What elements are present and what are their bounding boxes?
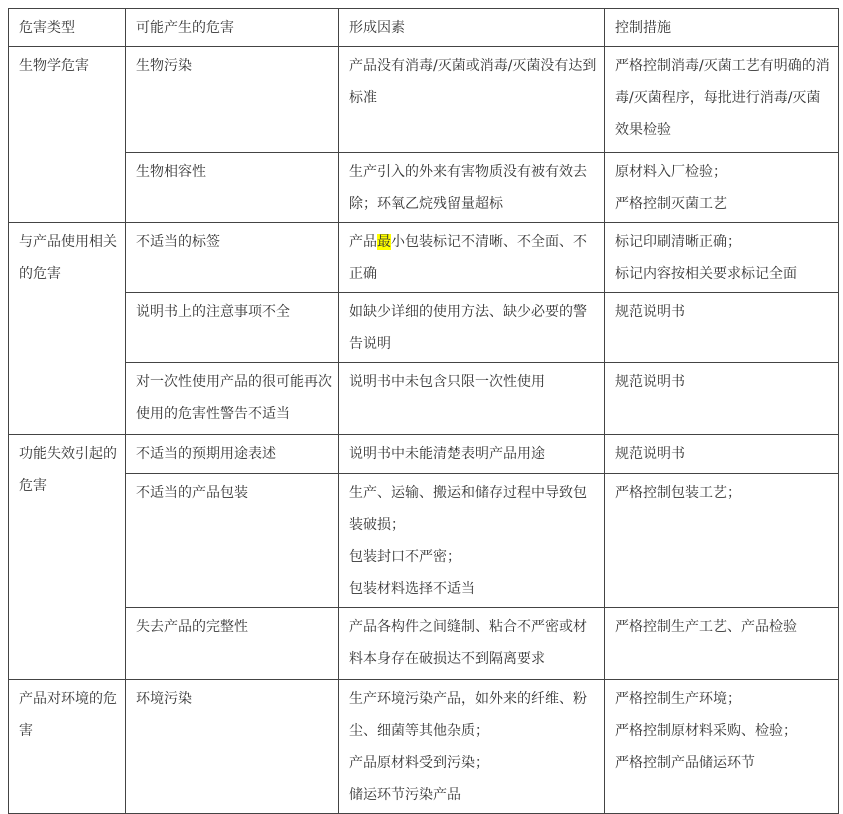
controls-cell: 标记印刷清晰正确； 标记内容按相关要求标记全面 xyxy=(605,223,839,293)
hazard-cell: 环境污染 xyxy=(126,680,339,814)
header-control-measures: 控制措施 xyxy=(605,9,839,47)
factors-cell: 说明书中未能清楚表明产品用途 xyxy=(339,435,605,474)
factors-cell: 生产引入的外来有害物质没有被有效去除；环氧乙烷残留量超标 xyxy=(339,153,605,223)
factors-cell: 说明书中未包含只限一次性使用 xyxy=(339,363,605,435)
document-page: 危害类型 可能产生的危害 形成因素 控制措施 生物学危害 生物污染 产品没有消毒… xyxy=(0,0,843,814)
hazard-cell: 生物相容性 xyxy=(126,153,339,223)
table-header-row: 危害类型 可能产生的危害 形成因素 控制措施 xyxy=(9,9,839,47)
hazard-analysis-table: 危害类型 可能产生的危害 形成因素 控制措施 生物学危害 生物污染 产品没有消毒… xyxy=(8,8,839,814)
header-forming-factors: 形成因素 xyxy=(339,9,605,47)
table-row: 不适当的产品包装 生产、运输、搬运和储存过程中导致包装破损； 包装封口不严密； … xyxy=(9,474,839,608)
table-row: 说明书上的注意事项不全 如缺少详细的使用方法、缺少必要的警告说明 规范说明书 xyxy=(9,293,839,363)
controls-cell: 规范说明书 xyxy=(605,363,839,435)
hazard-cell: 失去产品的完整性 xyxy=(126,608,339,680)
factors-text-before-highlight: 产品 xyxy=(349,234,377,250)
category-cell-environment-hazard: 产品对环境的危害 xyxy=(9,680,126,814)
factors-cell: 生产、运输、搬运和储存过程中导致包装破损； 包装封口不严密； 包装材料选择不适当 xyxy=(339,474,605,608)
table-row: 与产品使用相关的危害 不适当的标签 产品最小包装标记不清晰、不全面、不正确 标记… xyxy=(9,223,839,293)
table-row: 失去产品的完整性 产品各构件之间缝制、粘合不严密或材料本身存在破损达不到隔离要求… xyxy=(9,608,839,680)
controls-cell: 规范说明书 xyxy=(605,293,839,363)
table-row: 功能失效引起的危害 不适当的预期用途表述 说明书中未能清楚表明产品用途 规范说明… xyxy=(9,435,839,474)
factors-cell: 产品各构件之间缝制、粘合不严密或材料本身存在破损达不到隔离要求 xyxy=(339,608,605,680)
highlighted-character: 最 xyxy=(377,234,391,250)
category-cell-biological-hazard: 生物学危害 xyxy=(9,47,126,223)
hazard-cell: 不适当的产品包装 xyxy=(126,474,339,608)
category-cell-function-failure-hazard: 功能失效引起的危害 xyxy=(9,435,126,680)
table-row: 产品对环境的危害 环境污染 生产环境污染产品，如外来的纤维、粉尘、细菌等其他杂质… xyxy=(9,680,839,814)
table-row: 对一次性使用产品的很可能再次使用的危害性警告不适当 说明书中未包含只限一次性使用… xyxy=(9,363,839,435)
hazard-cell: 生物污染 xyxy=(126,47,339,153)
header-hazard-type: 危害类型 xyxy=(9,9,126,47)
hazard-cell: 说明书上的注意事项不全 xyxy=(126,293,339,363)
category-cell-product-use-hazard: 与产品使用相关的危害 xyxy=(9,223,126,435)
controls-cell: 严格控制生产环境； 严格控制原材料采购、检验； 严格控制产品储运环节 xyxy=(605,680,839,814)
controls-cell: 原材料入厂检验； 严格控制灭菌工艺 xyxy=(605,153,839,223)
header-possible-hazards: 可能产生的危害 xyxy=(126,9,339,47)
hazard-cell: 不适当的预期用途表述 xyxy=(126,435,339,474)
controls-cell: 严格控制包装工艺； xyxy=(605,474,839,608)
factors-cell: 生产环境污染产品，如外来的纤维、粉尘、细菌等其他杂质； 产品原材料受到污染； 储… xyxy=(339,680,605,814)
hazard-cell: 不适当的标签 xyxy=(126,223,339,293)
factors-cell: 产品没有消毒/灭菌或消毒/灭菌没有达到标准 xyxy=(339,47,605,153)
table-row: 生物学危害 生物污染 产品没有消毒/灭菌或消毒/灭菌没有达到标准 严格控制消毒/… xyxy=(9,47,839,153)
table-row: 生物相容性 生产引入的外来有害物质没有被有效去除；环氧乙烷残留量超标 原材料入厂… xyxy=(9,153,839,223)
controls-cell: 严格控制生产工艺、产品检验 xyxy=(605,608,839,680)
controls-cell: 严格控制消毒/灭菌工艺有明确的消毒/灭菌程序，每批进行消毒/灭菌效果检验 xyxy=(605,47,839,153)
controls-cell: 规范说明书 xyxy=(605,435,839,474)
factors-cell: 产品最小包装标记不清晰、不全面、不正确 xyxy=(339,223,605,293)
factors-cell: 如缺少详细的使用方法、缺少必要的警告说明 xyxy=(339,293,605,363)
hazard-cell: 对一次性使用产品的很可能再次使用的危害性警告不适当 xyxy=(126,363,339,435)
